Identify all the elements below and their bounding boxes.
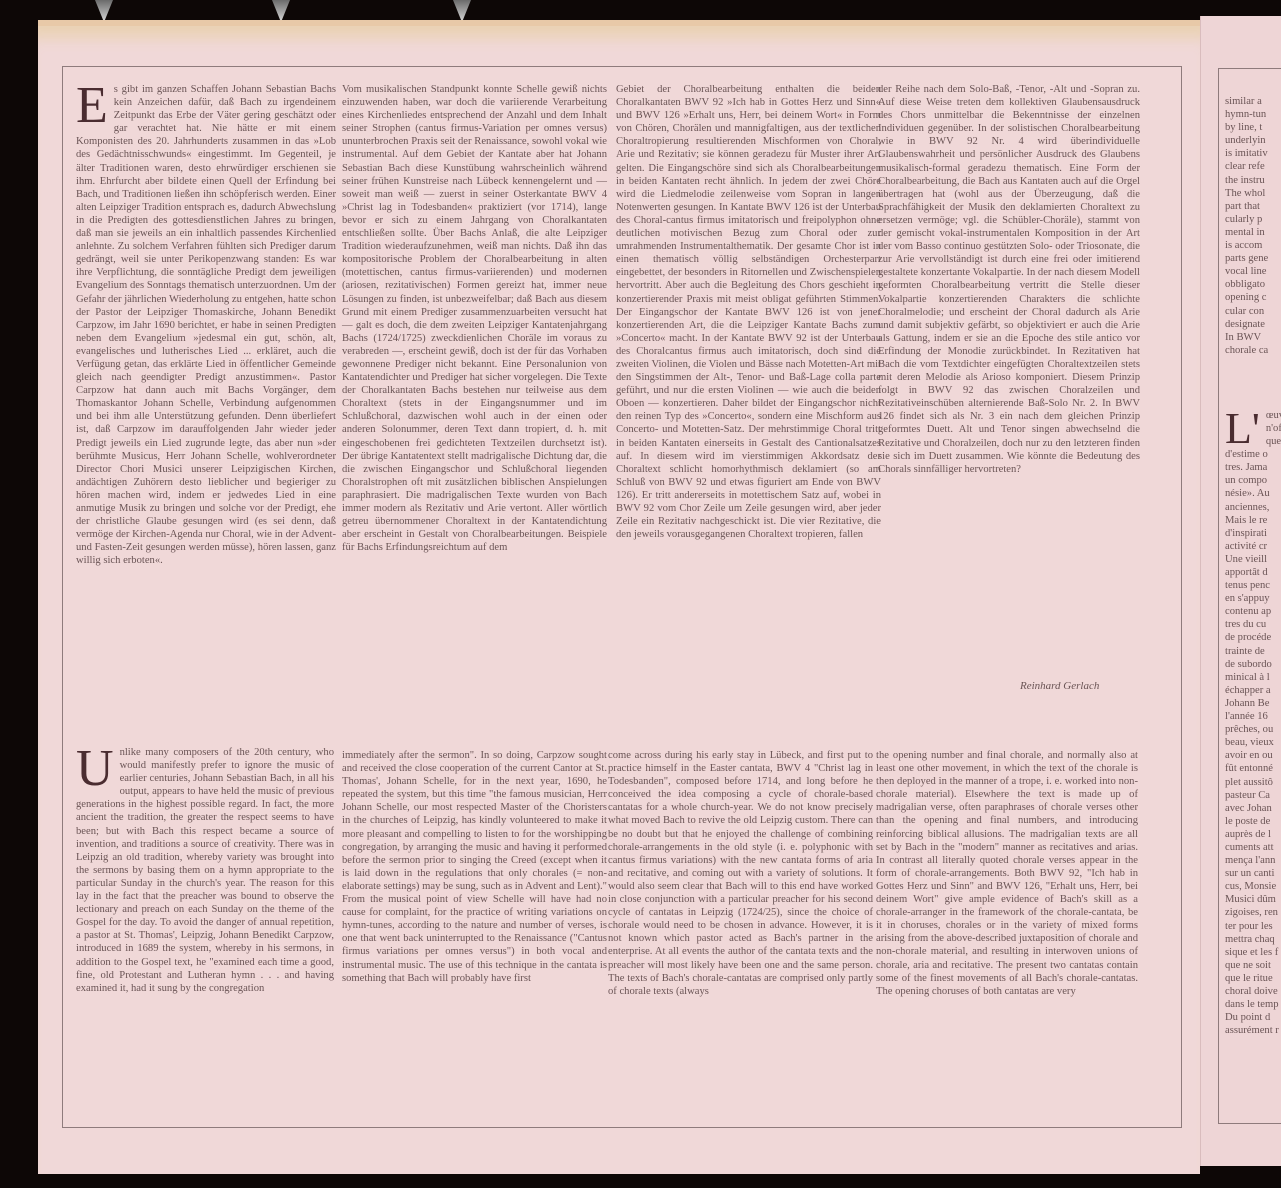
german-column-4: der Reihe nach dem Solo-Baß, -Tenor, -Al… [878,83,1140,476]
text-line: apportât d [1225,566,1281,579]
english-column-1: U nlike many composers of the 20th centu… [76,746,334,995]
text-line: Johann Be [1225,697,1281,710]
text-line: que ne soit [1225,959,1281,972]
text-line: que le ritue [1225,972,1281,985]
clip-left [95,0,113,20]
text-line: designate [1225,318,1281,331]
english-column-2: immediately after the sermon". In so doi… [342,749,607,985]
text-line: In BWV [1225,331,1281,344]
german-text-4: der Reihe nach dem Solo-Baß, -Tenor, -Al… [878,83,1140,476]
text-line: en s'appuy [1225,592,1281,605]
text-line: minical à l [1225,671,1281,684]
english-text-3: come across during his early stay in Lüb… [608,749,873,998]
text-line: cularly p [1225,213,1281,226]
text-line: avec Johan [1225,802,1281,815]
text-line: dans le temp [1225,998,1281,1011]
text-line: is imitativ [1225,147,1281,160]
right-page-english: similar ahymn-tunby line, tunderlyinis i… [1225,95,1281,357]
text-line: contenu ap [1225,605,1281,618]
text-line: cus, Monsie [1225,880,1281,893]
text-line: mental in [1225,226,1281,239]
text-line: anciennes, [1225,501,1281,514]
german-column-1: E s gibt im ganzen Schaffen Johann Sebas… [76,83,336,567]
german-text-1: s gibt im ganzen Schaffen Johann Sebasti… [76,83,336,567]
text-line: ter pour les [1225,920,1281,933]
text-line: plet aussitô [1225,776,1281,789]
german-text-2: Vom musikalischen Standpunkt konnte Sche… [342,83,607,554]
drop-cap-u: U [76,748,114,790]
text-line: mettra chaq [1225,933,1281,946]
text-line: chorale ca [1225,344,1281,357]
text-line: beau, vieux [1225,736,1281,749]
text-line: obbligato [1225,278,1281,291]
drop-cap-l: L' [1225,411,1260,447]
text-line: part that [1225,200,1281,213]
text-line: sur un canti [1225,867,1281,880]
text-line: similar a [1225,95,1281,108]
text-line: Du point d [1225,1011,1281,1024]
english-text-4: the opening number and final chorale, an… [876,749,1138,998]
text-line: sique et les f [1225,946,1281,959]
text-line: fût entonné [1225,762,1281,775]
text-line: clear refe [1225,160,1281,173]
right-page-french: œuvn'ofqued'estime otres. Jamaun componé… [1225,409,1281,1038]
text-line: avoir en ou [1225,749,1281,762]
text-line: parts gene [1225,252,1281,265]
german-column-2: Vom musikalischen Standpunkt konnte Sche… [342,83,607,554]
text-line: auprès de l [1225,828,1281,841]
text-line: activité cr [1225,540,1281,553]
author-signature: Reinhard Gerlach [1020,680,1099,692]
text-line: tres du cu [1225,618,1281,631]
text-line: nésie». Au [1225,487,1281,500]
text-line: tenus penc [1225,579,1281,592]
german-text-3: Gebiet der Choralbearbeitung enthalten d… [616,83,881,541]
drop-cap-e: E [76,85,108,127]
text-line: échapper a [1225,684,1281,697]
english-column-4: the opening number and final chorale, an… [876,749,1138,998]
text-line: vocal line [1225,265,1281,278]
text-line: the instru [1225,174,1281,187]
text-line: The whol [1225,187,1281,200]
text-line: Mais le re [1225,514,1281,527]
text-line: pasteur Ca [1225,789,1281,802]
text-line: underlyin [1225,134,1281,147]
clip-middle [272,0,290,20]
english-column-3: come across during his early stay in Lüb… [608,749,873,998]
text-line: trainte de [1225,645,1281,658]
text-line: opening c [1225,291,1281,304]
text-line: zigoises, ren [1225,906,1281,919]
text-line: hymn-tun [1225,108,1281,121]
text-line: by line, t [1225,121,1281,134]
text-line: Une vieill [1225,553,1281,566]
text-line: le poste de [1225,815,1281,828]
right-page-column: similar ahymn-tunby line, tunderlyinis i… [1225,95,1281,1037]
text-line: l'année 16 [1225,710,1281,723]
text-line: assurément r [1225,1024,1281,1037]
text-line: is accom [1225,239,1281,252]
text-line: prêches, ou [1225,723,1281,736]
text-line: tres. Jama [1225,461,1281,474]
english-text-2: immediately after the sermon". In so doi… [342,749,607,985]
text-line: de procéde [1225,631,1281,644]
text-line: de subordo [1225,658,1281,671]
text-line: d'inspirati [1225,527,1281,540]
english-text-1: nlike many composers of the 20th century… [76,746,334,995]
clip-right [453,0,471,20]
text-line: d'estime o [1225,448,1281,461]
german-column-3: Gebiet der Choralbearbeitung enthalten d… [616,83,881,541]
text-line: Musici dûm [1225,893,1281,906]
text-line: cular con [1225,305,1281,318]
text-line: un compo [1225,474,1281,487]
text-line: cuments att [1225,841,1281,854]
text-line: mença l'ann [1225,854,1281,867]
text-line: choral doive [1225,985,1281,998]
